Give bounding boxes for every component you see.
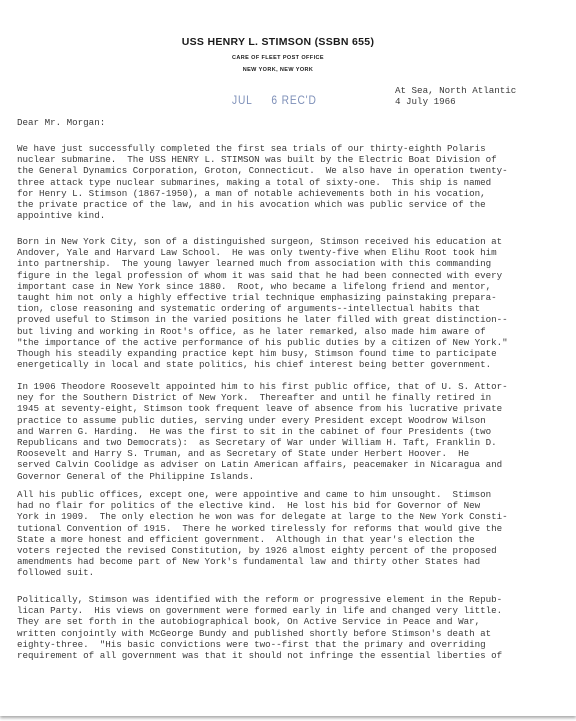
text-line: Born in New York City, son of a distingu… <box>17 236 508 247</box>
text-line: amendments had become part of New York's… <box>17 556 508 567</box>
text-line: the private practice of the law, and in … <box>17 199 508 210</box>
text-line: practice to assume public duties, servin… <box>17 415 508 426</box>
stamp-day-received: 6 REC'D <box>271 93 316 107</box>
salutation: Dear Mr. Morgan: <box>17 117 105 128</box>
received-stamp: JUL6 REC'D <box>232 93 317 107</box>
date-line: 4 July 1966 <box>395 96 516 107</box>
text-line: "the importance of the active performanc… <box>17 337 508 348</box>
text-line: into partnership. The young lawyer learn… <box>17 258 508 269</box>
text-line: the General Dynamics Corporation, Groton… <box>17 165 508 176</box>
letter-page: USS HENRY L. STIMSON (SSBN 655) CARE OF … <box>0 0 576 716</box>
text-line: served Calvin Coolidge as adviser on Lat… <box>17 459 508 470</box>
letterhead-address-line-2: NEW YORK, NEW YORK <box>0 67 566 73</box>
text-line: and Warren G. Harding. He was the first … <box>17 426 508 437</box>
text-line: Though his steadily expanding practice k… <box>17 348 508 359</box>
text-line: Politically, Stimson was identified with… <box>17 594 502 605</box>
text-line: nuclear submarine. The USS HENRY L. STIM… <box>17 154 508 165</box>
text-line: eighty-three. "His basic convictions wer… <box>17 639 502 650</box>
text-line: Andover, Yale and Harvard Law School. He… <box>17 247 508 258</box>
text-line: Governor General of the Philippine Islan… <box>17 471 508 482</box>
text-line: voters rejected the revised Constitution… <box>17 545 508 556</box>
text-line: lican Party. His views on government wer… <box>17 605 502 616</box>
text-line: requirement of all government was that i… <box>17 650 502 661</box>
text-line: energetically in local and state politic… <box>17 359 508 370</box>
paragraph-5: Politically, Stimson was identified with… <box>17 594 502 661</box>
text-line: ney for the Southern District of New Yor… <box>17 392 508 403</box>
text-line: taught him not only a highly effective t… <box>17 292 508 303</box>
text-line: for Henry L. Stimson (1867-1950), a man … <box>17 188 508 199</box>
text-line: important case in New York since 1880. R… <box>17 281 508 292</box>
text-line: proved useful to Stimson in the varied p… <box>17 314 508 325</box>
paragraph-1: We have just successfully completed the … <box>17 143 508 221</box>
text-line: In 1906 Theodore Roosevelt appointed him… <box>17 381 508 392</box>
text-line: York in 1909. The only election he won w… <box>17 511 508 522</box>
paragraph-3: In 1906 Theodore Roosevelt appointed him… <box>17 381 508 482</box>
paragraph-4: All his public offices, except one, were… <box>17 489 508 579</box>
paragraph-2: Born in New York City, son of a distingu… <box>17 236 508 370</box>
text-line: had no flair for politics of the electiv… <box>17 500 508 511</box>
text-line: written conjointly with McGeorge Bundy a… <box>17 628 502 639</box>
letterhead-address-line-1: CARE OF FLEET POST OFFICE <box>0 55 566 61</box>
text-line: 1945 at seventy-eight, Stimson took freq… <box>17 403 508 414</box>
text-line: Roosevelt and Harry S. Truman, and as Se… <box>17 448 508 459</box>
text-line: All his public offices, except one, were… <box>17 489 508 500</box>
text-line: They are set forth in the autobiographic… <box>17 616 502 627</box>
text-line: but living and working in Root's office,… <box>17 326 508 337</box>
place-date-block: At Sea, North Atlantic4 July 1966 <box>395 85 516 107</box>
text-line: figure in the legal profession of whom i… <box>17 270 508 281</box>
text-line: State a more honest and efficient govern… <box>17 534 508 545</box>
text-line: We have just successfully completed the … <box>17 143 508 154</box>
text-line: tutional Convention of 1915. There he wo… <box>17 523 508 534</box>
letterhead-title: USS HENRY L. STIMSON (SSBN 655) <box>0 36 566 48</box>
text-line: three attack type nuclear submarines, ma… <box>17 177 508 188</box>
place-line: At Sea, North Atlantic <box>395 85 516 96</box>
text-line: appointive kind. <box>17 210 508 221</box>
text-line: tion, close reasoning and systematic ord… <box>17 303 508 314</box>
text-line: Republicans and two Democrats): as Secre… <box>17 437 508 448</box>
text-line: followed suit. <box>17 567 508 578</box>
stamp-month: JUL <box>232 93 253 107</box>
